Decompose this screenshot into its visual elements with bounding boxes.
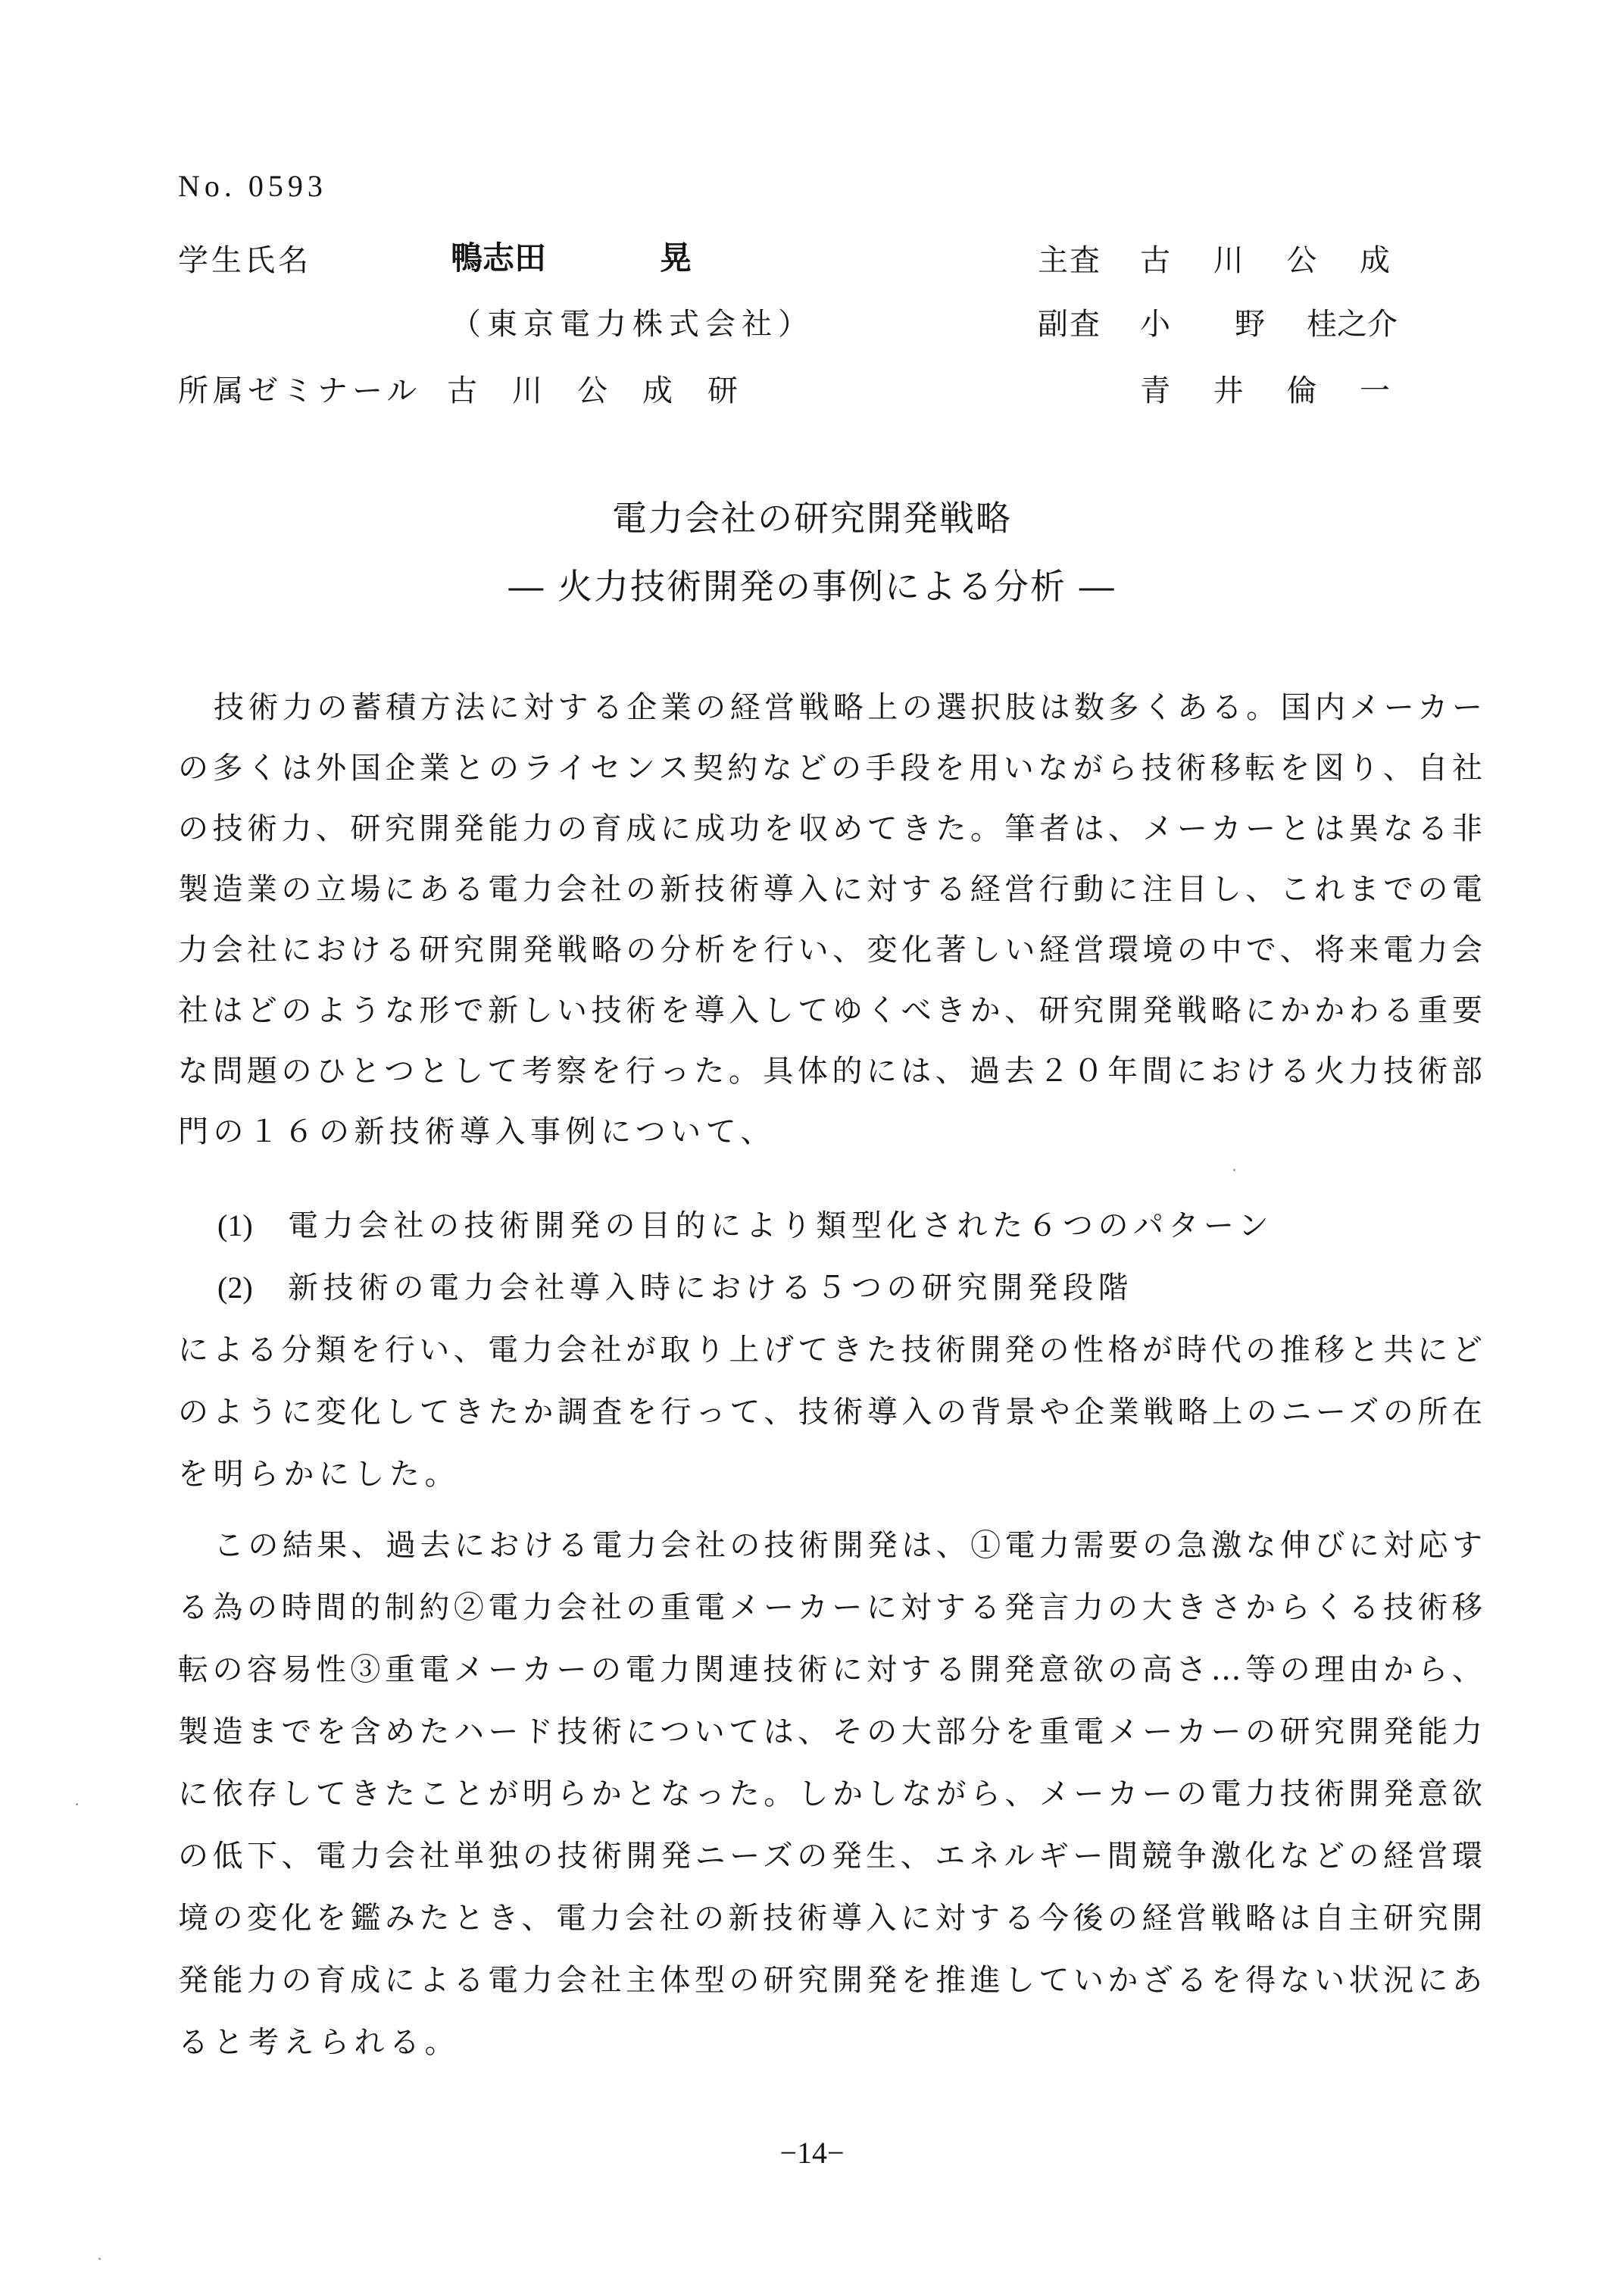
body-line: の多くは外国企業とのライセンス契約などの手段を用いながら技術移転を図り、自社 [178,747,1482,789]
paper-subtitle: ― 火力技術開発の事例による分析 ― [0,559,1624,609]
student-given-name: 晃 [660,239,692,277]
list-item-text: 新技術の電力会社導入時における５つの研究開発段階 [288,1271,1133,1305]
page-number: −14− [0,2135,1624,2171]
body-line: な問題のひとつとして考察を行った。具体的には、過去２０年間における火力技術部 [178,1050,1482,1092]
name-part: 井 [1213,367,1244,410]
chief-examiner-name: 古 川 公 成 [1140,236,1390,280]
name-part: 野 [1235,300,1265,343]
name-part: 川 [1213,236,1244,280]
sub-examiner-name-1: 小 野 桂之介 [1140,300,1398,343]
name-part: 公 [1286,236,1316,280]
name-part: 小 [1140,300,1170,343]
body-line: ると考えられる。 [178,2021,1482,2064]
sub-examiner-name-2: 青 井 倫 一 [1140,367,1390,410]
body-line: 製造までを含めたハード技術については、その大部分を重電メーカーの研究開発能力 [178,1711,1482,1753]
name-part: 古 [1140,236,1170,280]
name-part: 一 [1360,367,1390,410]
body-line: 境の変化を鑑みたとき、電力会社の新技術導入に対する今後の経営戦略は自主研究開 [178,1897,1482,1939]
name-part: 桂之介 [1307,300,1398,343]
paper-title: 電力会社の研究開発戦略 [0,491,1624,541]
body-line: による分類を行い、電力会社が取り上げてきた技術開発の性格が時代の推移と共にど [178,1329,1482,1371]
body-line: 転の容易性③重電メーカーの電力関連技術に対する開発意欲の高さ…等の理由から、 [178,1649,1482,1691]
body-line: の技術力、研究開発能力の育成に成功を収めてきた。筆者は、メーカーとは異なる非 [178,808,1482,850]
body-line: る為の時間的制約②電力会社の重電メーカーに対する発言力の大きさからくる技術移 [178,1586,1482,1629]
body-line: 発能力の育成による電力会社主体型の研究開発を推進していかざるを得ない状況にあ [178,1959,1482,2002]
body-line: この結果、過去における電力会社の技術開発は、①電力需要の急激な伸びに対応す [178,1524,1482,1567]
seminar-label: 所属ゼミナール [178,367,421,410]
body-line: 製造業の立場にある電力会社の新技術導入に対する経営行動に注目し、これまでの電 [178,868,1482,911]
name-part: 成 [1360,236,1390,280]
sub-examiner-label: 副査 [1038,300,1101,343]
scan-speck [98,2258,101,2260]
list-item: (1)電力会社の技術開発の目的により類型化された６つのパターン [217,1205,1273,1247]
student-name-label: 学生氏名 [178,236,311,280]
scan-speck [1233,1169,1235,1171]
name-part: 倫 [1286,367,1316,410]
body-line: 門の１６の新技術導入事例について、 [178,1111,1482,1153]
body-line: に依存してきたことが明らかとなった。しかしながら、メーカーの電力技術開発意欲 [178,1773,1482,1815]
list-item: (2)新技術の電力会社導入時における５つの研究開発段階 [217,1267,1133,1309]
student-name: 鴨志田晃 [451,233,692,279]
body-line: を明らかにした。 [178,1453,1482,1496]
list-item-number: (2) [217,1267,288,1309]
document-number: No. 0593 [178,168,327,204]
scan-speck [76,1803,78,1805]
body-line: 社はどのような形で新しい技術を導入してゆくべきか、研究開発戦略にかかわる重要 [178,989,1482,1032]
body-line: 力会社における研究開発戦略の分析を行い、変化著しい経営環境の中で、将来電力会 [178,929,1482,971]
name-part: 青 [1140,367,1170,410]
body-line: の低下、電力会社単独の技術開発ニーズの発生、エネルギー間競争激化などの経営環 [178,1835,1482,1877]
chief-examiner-label: 主査 [1038,236,1101,280]
list-item-text: 電力会社の技術開発の目的により類型化された６つのパターン [288,1208,1273,1243]
student-affiliation: （東京電力株式会社） [451,300,814,343]
list-item-number: (1) [217,1205,288,1247]
body-line: 技術力の蓄積方法に対する企業の経営戦略上の選択肢は数多くある。国内メーカー [178,686,1482,729]
body-line: のように変化してきたか調査を行って、技術導入の背景や企業戦略上のニーズの所在 [178,1391,1482,1433]
seminar-value: 古川公成研 [447,367,773,410]
student-family-name: 鴨志田 [451,239,546,277]
